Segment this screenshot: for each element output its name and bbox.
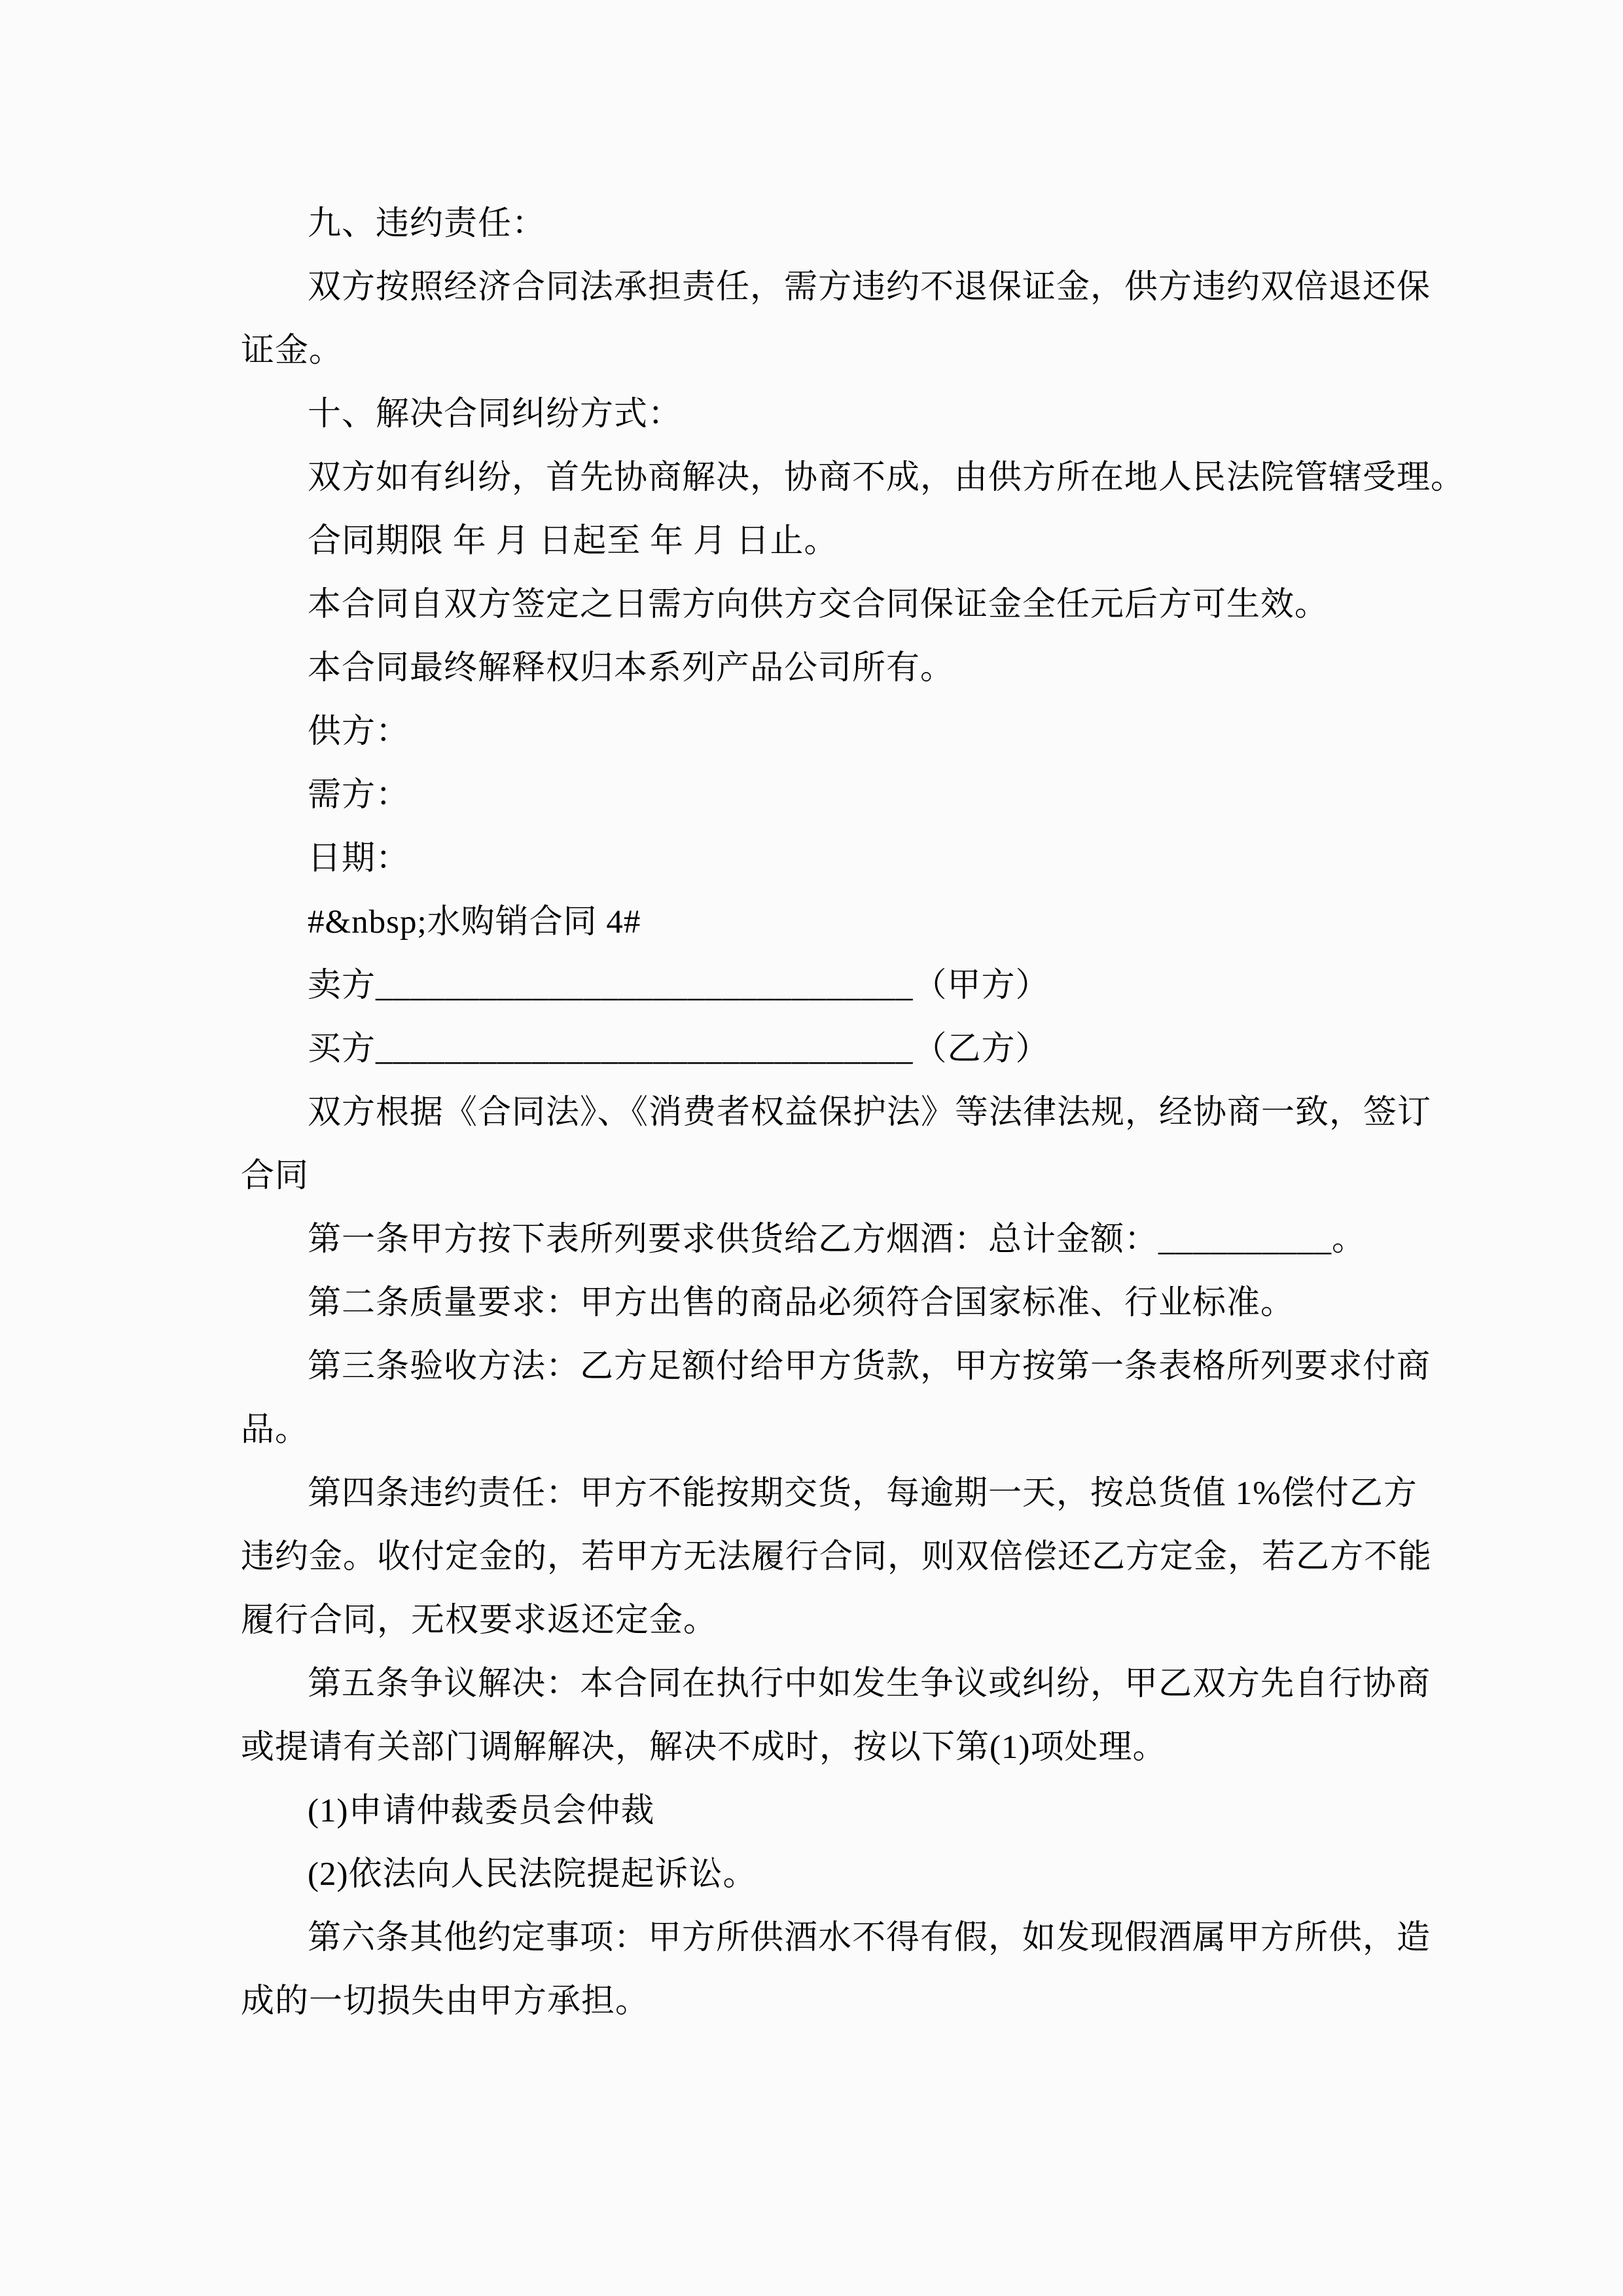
contract-line: 双方按照经济合同法承担责任，需方违约不退保证金，供方违约双倍退还保 (241, 256, 1412, 319)
contract-line: 合同期限 年 月 日起至 年 月 日止。 (241, 510, 1412, 573)
contract-line: 双方如有纠纷，首先协商解决，协商不成，由供方所在地人民法院管辖受理。 (241, 446, 1412, 510)
contract-line: 供方： (241, 700, 1412, 764)
contract-line: 履行合同，无权要求返还定金。 (241, 1589, 1412, 1653)
document-page: 九、违约责任：双方按照经济合同法承担责任，需方违约不退保证金，供方违约双倍退还保… (0, 0, 1623, 2296)
contract-line: 十、解决合同纠纷方式： (241, 383, 1412, 446)
contract-text-block: 九、违约责任：双方按照经济合同法承担责任，需方违约不退保证金，供方违约双倍退还保… (241, 192, 1412, 2034)
contract-line: 第六条其他约定事项：甲方所供酒水不得有假，如发现假酒属甲方所供，造 (241, 1907, 1412, 1970)
contract-line: 买方_______________________________（乙方） (241, 1018, 1412, 1081)
contract-line: 第二条质量要求：甲方出售的商品必须符合国家标准、行业标准。 (241, 1272, 1412, 1335)
contract-line: 需方： (241, 764, 1412, 827)
contract-line: 品。 (241, 1399, 1412, 1462)
contract-line: 第三条验收方法：乙方足额付给甲方货款，甲方按第一条表格所列要求付商 (241, 1335, 1412, 1399)
contract-line: (2)依法向人民法院提起诉讼。 (241, 1843, 1412, 1907)
contract-line: 第一条甲方按下表所列要求供货给乙方烟酒：总计金额：__________。 (241, 1208, 1412, 1272)
contract-line: 或提请有关部门调解解决，解决不成时，按以下第(1)项处理。 (241, 1716, 1412, 1780)
contract-line: 本合同自双方签定之日需方向供方交合同保证金全任元后方可生效。 (241, 573, 1412, 637)
contract-line: 九、违约责任： (241, 192, 1412, 256)
contract-line: #&nbsp;水购销合同 4# (241, 891, 1412, 954)
contract-line: 第五条争议解决：本合同在执行中如发生争议或纠纷，甲乙双方先自行协商 (241, 1653, 1412, 1716)
contract-line: 第四条违约责任：甲方不能按期交货，每逾期一天，按总货值 1%偿付乙方 (241, 1462, 1412, 1526)
contract-line: 日期： (241, 827, 1412, 891)
contract-line: (1)申请仲裁委员会仲裁 (241, 1780, 1412, 1843)
contract-line: 本合同最终解释权归本系列产品公司所有。 (241, 637, 1412, 700)
contract-line: 证金。 (241, 319, 1412, 383)
contract-line: 合同 (241, 1145, 1412, 1208)
contract-line: 卖方_______________________________（甲方） (241, 954, 1412, 1018)
contract-line: 双方根据《合同法》、《消费者权益保护法》等法律法规，经协商一致，签订 (241, 1081, 1412, 1145)
contract-line: 成的一切损失由甲方承担。 (241, 1970, 1412, 2034)
contract-line: 违约金。收付定金的，若甲方无法履行合同，则双倍偿还乙方定金，若乙方不能 (241, 1526, 1412, 1589)
